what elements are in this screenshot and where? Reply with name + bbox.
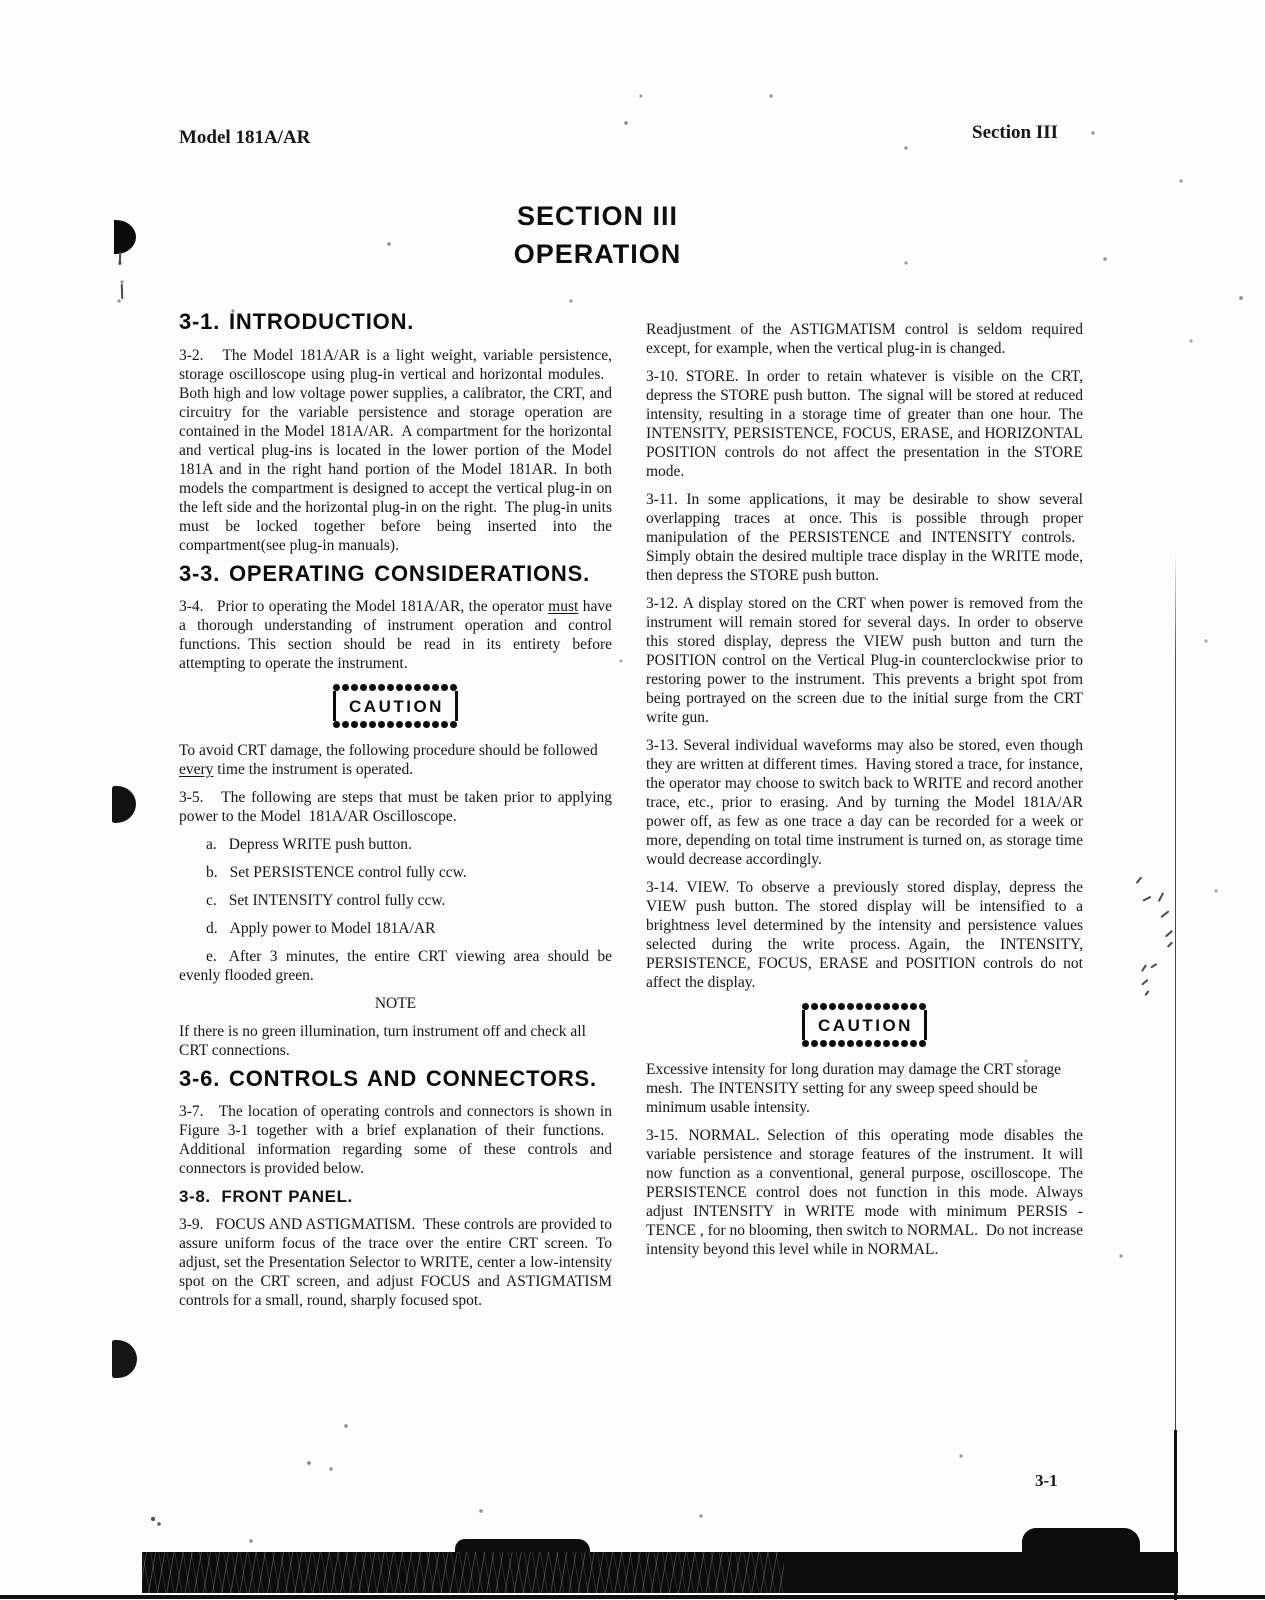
step-text-b: Set PERSISTENCE control fully ccw. (230, 864, 467, 881)
margin-mark (1141, 964, 1147, 971)
paragraph-3-4-pre: 3-4. Prior to operating the Model 181A/A… (179, 598, 548, 615)
paragraph-astigmatism: Readjustment of the ASTIGMATISM control … (646, 320, 1083, 358)
step-letter-e: e. (206, 948, 217, 965)
margin-mark (1142, 896, 1151, 902)
header-section-label: Section III (972, 122, 1058, 144)
left-column: 3-1. INTRODUCTION. 3-2. The Model 181A/A… (179, 312, 612, 1319)
margin-mark (1141, 979, 1148, 985)
paragraph-3-13: 3-13. Several individual waveforms may a… (646, 736, 1083, 869)
margin-mark (1136, 876, 1142, 883)
scan-noise-specks (0, 0, 2, 2)
header-model-label: Model 181A/AR (179, 127, 310, 149)
margin-mark (1160, 910, 1169, 917)
step-item-b: b.Set PERSISTENCE control fully ccw. (179, 863, 612, 882)
binding-mark-bottom (112, 1340, 137, 1378)
step-item-e: e.After 3 minutes, the entire CRT viewin… (179, 947, 612, 985)
caution-left-underlined: every (179, 761, 213, 778)
paragraph-3-9: 3-9. FOCUS AND ASTIGMATISM. These contro… (179, 1215, 612, 1310)
paragraph-3-12: 3-12. A display stored on the CRT when p… (646, 594, 1083, 727)
paragraph-3-10: 3-10. STORE. In order to retain whatever… (646, 367, 1083, 481)
step-letter-d: d. (206, 920, 218, 937)
paragraph-3-2: 3-2. The Model 181A/AR is a light weight… (179, 346, 612, 555)
note-text: If there is no green illumination, turn … (179, 1022, 612, 1060)
margin-mark (1144, 990, 1149, 996)
right-column: Readjustment of the ASTIGMATISM control … (646, 320, 1083, 1268)
paragraph-3-4: 3-4. Prior to operating the Model 181A/A… (179, 597, 612, 673)
section-title-line1: SECTION III (0, 197, 1195, 235)
paragraph-3-7: 3-7. The location of operating controls … (179, 1102, 612, 1178)
caution-text-left: To avoid CRT damage, the following proce… (179, 741, 612, 779)
caution-left-pre: To avoid CRT damage, the following proce… (179, 742, 598, 759)
paragraph-3-5: 3-5. The following are steps that must b… (179, 788, 612, 826)
caution-box-wrapper-right: CAUTION (646, 1001, 1083, 1050)
margin-mark (1167, 941, 1173, 947)
manual-page: Model 181A/AR Section III SECTION III OP… (0, 0, 1265, 1600)
scan-bottom-band-texture (142, 1552, 784, 1593)
note-label: NOTE (179, 994, 612, 1013)
caution-text-right: Excessive intensity for long duration ma… (646, 1060, 1083, 1117)
paragraph-3-11: 3-11. In some applications, it may be de… (646, 490, 1083, 585)
step-letter-b: b. (206, 864, 218, 881)
margin-mark (121, 284, 123, 299)
step-letter-a: a. (206, 836, 217, 853)
heading-controls-connectors: 3-6. CONTROLS AND CONNECTORS. (179, 1069, 612, 1088)
heading-introduction: 3-1. INTRODUCTION. (179, 312, 612, 331)
scan-edge-line-upper (1175, 553, 1176, 1430)
page-number: 3-1 (1035, 1471, 1058, 1491)
section-title-line2: OPERATION (0, 235, 1195, 273)
step-text-d: Apply power to Model 181A/AR (230, 920, 436, 937)
margin-mark (1165, 930, 1173, 937)
scan-bottom-edge-line (0, 1595, 1265, 1599)
step-item-a: a.Depress WRITE push button. (179, 835, 612, 854)
step-text-e: After 3 minutes, the entire CRT viewing … (179, 948, 612, 984)
scan-bottom-band (142, 1552, 1178, 1593)
paragraph-3-14: 3-14. VIEW. To observe a previously stor… (646, 878, 1083, 992)
caution-box-wrapper-left: CAUTION (179, 682, 612, 731)
caution-left-post: time the instrument is operated. (213, 761, 413, 778)
caution-stamp-right: CAUTION (802, 1010, 927, 1040)
step-letter-c: c. (206, 892, 217, 909)
paragraph-3-15: 3-15. NORMAL. Selection of this operatin… (646, 1126, 1083, 1259)
step-item-c: c.Set INTENSITY control fully ccw. (179, 891, 612, 910)
binding-mark-middle (112, 786, 136, 823)
subheading-front-panel: 3-8. FRONT PANEL. (179, 1187, 612, 1206)
margin-mark (1150, 963, 1157, 968)
paragraph-3-4-underlined: must (548, 598, 578, 615)
section-title: SECTION III OPERATION (0, 197, 1195, 273)
step-text-a: Depress WRITE push button. (229, 836, 412, 853)
heading-operating-considerations: 3-3. OPERATING CONSIDERATIONS. (179, 564, 612, 583)
caution-stamp-left: CAUTION (333, 691, 458, 721)
margin-mark (1158, 892, 1164, 902)
step-text-c: Set INTENSITY control fully ccw. (229, 892, 446, 909)
step-item-d: d.Apply power to Model 181A/AR (179, 919, 612, 938)
